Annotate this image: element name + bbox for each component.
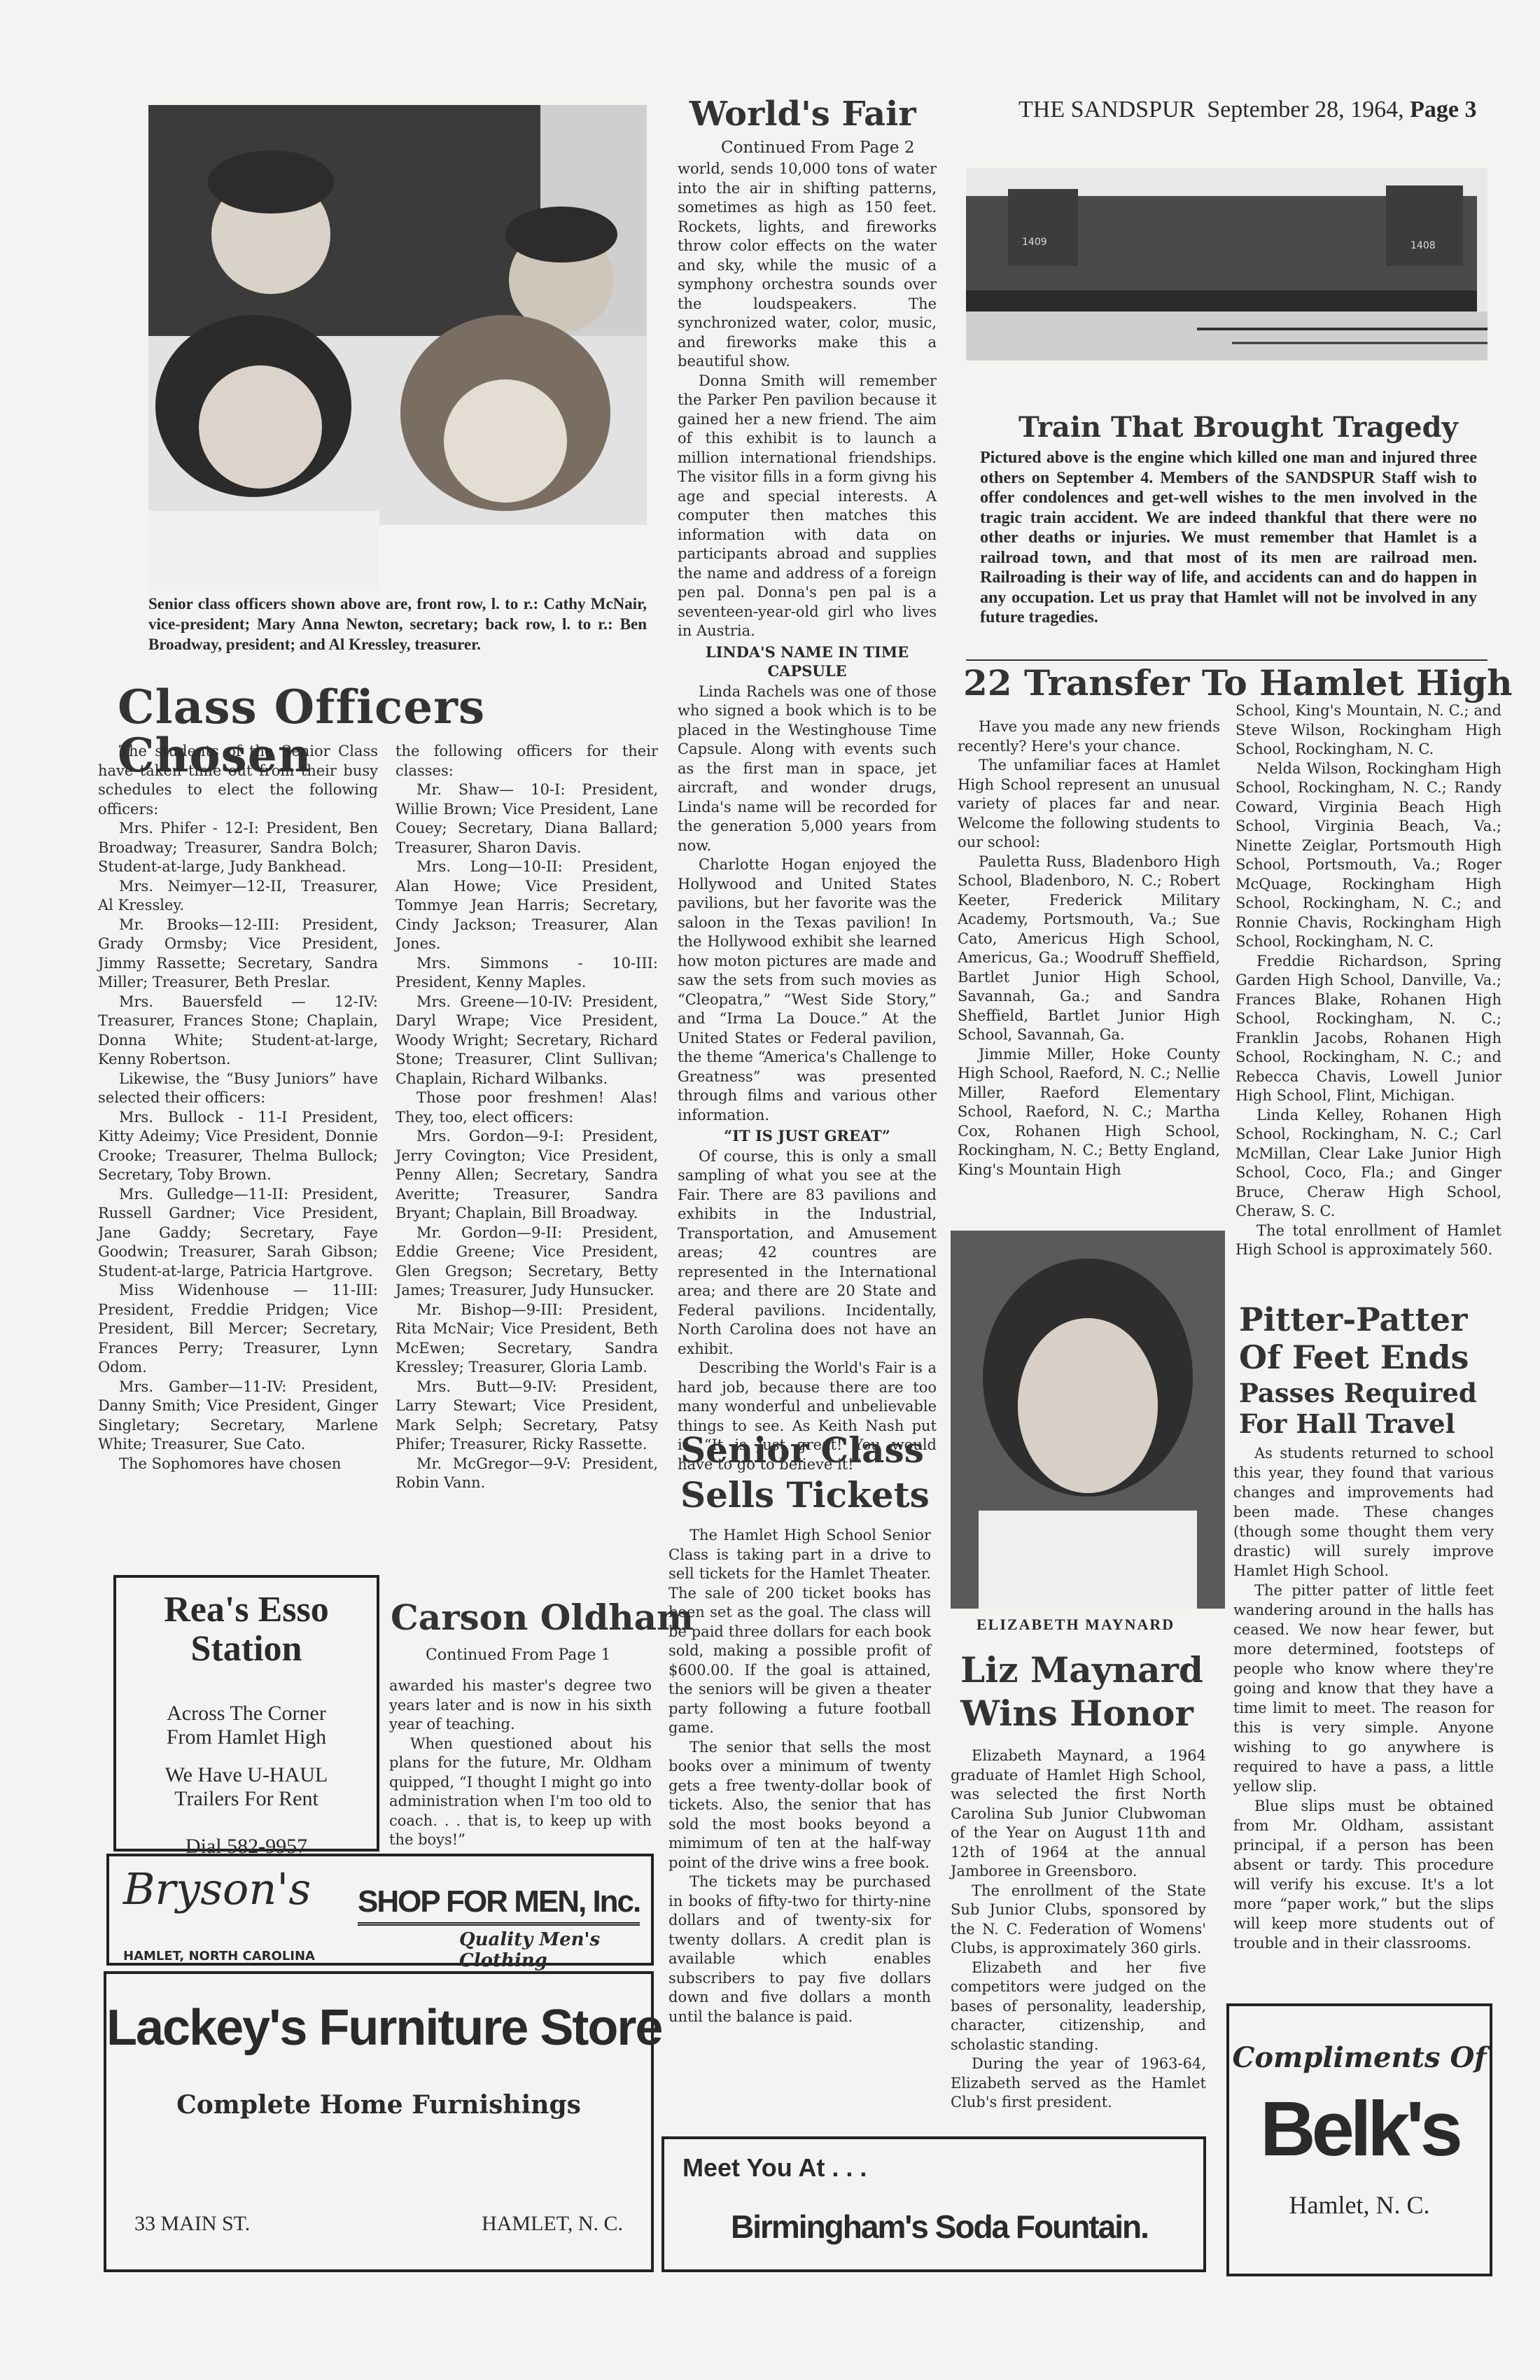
paragraph: Mrs. Greene—10-IV: President, Daryl Wrap…: [395, 993, 658, 1089]
paragraph: As students returned to school this year…: [1233, 1443, 1494, 1581]
engine-number: 1408: [1410, 240, 1436, 251]
paragraph: Have you made any new friends recently? …: [958, 717, 1220, 756]
paragraph: Likewise, the “Busy Juniors” have select…: [98, 1070, 378, 1108]
senior-tickets-body: The Hamlet High School Senior Class is t…: [668, 1526, 931, 2026]
pitter-patter-headline: Pitter-Patter Of Feet Ends: [1239, 1301, 1469, 1376]
train-headline: Train That Brought Tragedy: [1018, 413, 1458, 442]
paragraph: Nelda Wilson, Rockingham High School, Ro…: [1235, 759, 1501, 952]
paragraph: Mrs. Neimyer—12-II, Treasurer, Al Kressl…: [98, 877, 378, 916]
class-officers-photo: [148, 105, 647, 591]
headline-line: Of Feet Ends: [1239, 1338, 1469, 1376]
subhead-just-great: “IT IS JUST GREAT”: [678, 1126, 937, 1146]
lackeys-city: HAMLET, N. C.: [482, 2212, 623, 2236]
worlds-fair-headline: World's Fair: [689, 97, 916, 132]
lackeys-ad: Lackey's Furniture Store Complete Home F…: [104, 1971, 654, 2272]
paragraph: Mr. Gordon—9-II: President, Eddie Greene…: [395, 1224, 658, 1301]
paragraph: The students of the Senior Class have ta…: [98, 742, 378, 819]
paragraph: Mrs. Phifer - 12-I: President, Ben Broad…: [98, 819, 378, 877]
carson-oldham-headline: Carson Oldham: [391, 1599, 694, 1637]
paragraph: Jimmie Miller, Hoke County High School, …: [958, 1045, 1220, 1180]
train-body: Pictured above is the engine which kille…: [980, 448, 1477, 628]
paragraph: When questioned about his plans for the …: [389, 1735, 652, 1850]
pitter-patter-body: As students returned to school this year…: [1233, 1443, 1494, 1953]
divider: [966, 659, 1487, 661]
maynard-body: Elizabeth Maynard, a 1964 graduate of Ha…: [951, 1746, 1206, 2113]
paragraph: Elizabeth Maynard, a 1964 graduate of Ha…: [951, 1746, 1206, 1882]
paragraph: Pauletta Russ, Bladenboro High School, B…: [958, 853, 1220, 1045]
paragraph: the following officers for their classes…: [395, 742, 658, 780]
paragraph: Linda Kelley, Rohanen High School, Rocki…: [1235, 1106, 1501, 1221]
brysons-script-name: Bryson's: [123, 1863, 311, 1914]
ad-line: We Have U-HAUL: [116, 1763, 377, 1787]
paragraph: Elizabeth and her five competitors were …: [951, 1959, 1206, 2055]
ad-title: Rea's Esso: [116, 1589, 377, 1630]
paper-name: THE SANDSPUR: [1018, 97, 1195, 122]
subhead-time-capsule: LINDA'S NAME IN TIME CAPSULE: [678, 643, 937, 681]
headline-line: Pitter-Patter: [1239, 1301, 1469, 1338]
maynard-photo: [951, 1231, 1225, 1609]
maynard-portrait: [951, 1231, 1225, 1609]
paragraph: Mr. Bishop—9-III: President, Rita McNair…: [395, 1301, 658, 1378]
transfer-col1: Have you made any new friends recently? …: [958, 717, 1220, 1179]
paragraph: The total enrollment of Hamlet High Scho…: [1235, 1221, 1501, 1260]
birminghams-line1: Meet You At . . .: [682, 2153, 867, 2183]
paragraph: Mr. Shaw— 10-I: President, Willie Brown;…: [395, 780, 658, 857]
lackeys-name: Lackey's Furniture Store: [106, 1999, 651, 2057]
brysons-tagline: Quality Men's Clothing: [459, 1929, 651, 1971]
page-number: Page 3: [1410, 97, 1476, 122]
paragraph: Mr. McGregor—9-V: President, Robin Vann.: [395, 1455, 658, 1493]
worlds-fair-body: world, sends 10,000 tons of water into t…: [678, 160, 937, 1474]
paragraph: Mrs. Simmons - 10-III: President, Kenny …: [395, 954, 658, 993]
birminghams-ad: Meet You At . . . Birmingham's Soda Foun…: [661, 2136, 1206, 2272]
headline-line: Wins Honor: [960, 1692, 1203, 1735]
paragraph: Linda Rachels was one of those who signe…: [678, 682, 937, 856]
maynard-headline: Liz Maynard Wins Honor: [960, 1648, 1203, 1735]
headline-line: Sells Tickets: [680, 1473, 930, 1518]
paragraph: Of course, this is only a small sampling…: [678, 1147, 937, 1359]
paragraph: The unfamiliar faces at Hamlet High Scho…: [958, 756, 1220, 853]
train-photo: 1409 1408: [966, 168, 1487, 360]
subhead-line: For Hall Travel: [1239, 1408, 1477, 1439]
transfer-col2: School, King's Mountain, N. C.; and Stev…: [1235, 701, 1501, 1260]
lackeys-tagline: Complete Home Furnishings: [106, 2090, 651, 2120]
paragraph: awarded his master's degree two years la…: [389, 1676, 652, 1735]
paragraph: During the year of 1963-64, Elizabeth se…: [951, 2054, 1206, 2113]
paragraph: world, sends 10,000 tons of water into t…: [678, 160, 937, 372]
belks-name: Belk's: [1229, 2084, 1490, 2175]
paragraph: Mrs. Gulledge—11-II: President, Russell …: [98, 1185, 378, 1282]
masthead: THE SANDSPUR September 28, 1964, Page 3: [1018, 97, 1487, 123]
paragraph: Mrs. Bauersfeld — 12-IV: Treasurer, Fran…: [98, 993, 378, 1070]
paragraph: Donna Smith will remember the Parker Pen…: [678, 372, 937, 641]
train-photo-image: 1409 1408: [966, 168, 1487, 360]
class-officers-caption: Senior class officers shown above are, f…: [148, 594, 647, 654]
headline-line: Liz Maynard: [960, 1648, 1203, 1692]
paragraph: Mrs. Butt—9-IV: President, Larry Stewart…: [395, 1378, 658, 1455]
paragraph: The tickets may be purchased in books of…: [668, 1872, 931, 2026]
belks-city: Hamlet, N. C.: [1229, 2190, 1490, 2220]
paragraph: Those poor freshmen! Alas! They, too, el…: [395, 1088, 658, 1127]
carson-oldham-continued: Continued From Page 1: [426, 1646, 610, 1664]
carson-oldham-body: awarded his master's degree two years la…: [389, 1676, 652, 1850]
paragraph: Mr. Brooks—12-III: President, Grady Orms…: [98, 916, 378, 993]
belks-compliments: Compliments Of: [1229, 2041, 1490, 2074]
ad-title: Station: [116, 1630, 377, 1668]
class-officers-col1: The students of the Senior Class have ta…: [98, 742, 378, 1473]
senior-tickets-headline: Senior Class Sells Tickets: [680, 1428, 930, 1518]
maynard-photo-caption: ELIZABETH MAYNARD: [976, 1616, 1175, 1634]
ad-line: Across The Corner: [116, 1702, 377, 1725]
paragraph: The senior that sells the most books ove…: [668, 1738, 931, 1873]
engine-number: 1409: [1022, 237, 1047, 248]
paragraph: Charlotte Hogan enjoyed the Hollywood an…: [678, 855, 937, 1125]
brysons-shop-name: SHOP FOR MEN, Inc.: [358, 1884, 640, 1926]
paragraph: Mrs. Long—10-II: President, Alan Howe; V…: [395, 857, 658, 954]
ad-line: Trailers For Rent: [116, 1787, 377, 1811]
class-officers-col2: the following officers for their classes…: [395, 742, 658, 1493]
birminghams-name: Birmingham's Soda Fountain.: [731, 2208, 1148, 2246]
reas-esso-ad: Rea's Esso Station Across The Corner Fro…: [113, 1575, 379, 1851]
paragraph: The enrollment of the State Sub Junior C…: [951, 1882, 1206, 1959]
paragraph: Mrs. Bullock - 11-I President, Kitty Ade…: [98, 1108, 378, 1185]
belks-ad: Compliments Of Belk's Hamlet, N. C.: [1226, 2003, 1492, 2276]
class-officers-photo-figures: [148, 105, 647, 591]
subhead-line: Passes Required: [1239, 1378, 1477, 1408]
paragraph: Mrs. Gordon—9-I: President, Jerry Coving…: [395, 1127, 658, 1224]
lackeys-address: 33 MAIN ST.: [134, 2212, 250, 2236]
ad-line: From Hamlet High: [116, 1725, 377, 1749]
pitter-patter-subhead: Passes Required For Hall Travel: [1239, 1378, 1477, 1439]
paragraph: Miss Widenhouse — 11-III: President, Fre…: [98, 1281, 378, 1378]
issue-date: September 28, 1964: [1207, 97, 1398, 122]
paragraph: Mrs. Gamber—11-IV: President, Danny Smit…: [98, 1378, 378, 1455]
brysons-ad: Bryson's SHOP FOR MEN, Inc. Quality Men'…: [106, 1854, 654, 1966]
brysons-location: HAMLET, NORTH CAROLINA: [123, 1949, 315, 1963]
transfer-headline: 22 Transfer To Hamlet High: [963, 665, 1513, 702]
headline-line: Senior Class: [680, 1428, 930, 1473]
paragraph: Freddie Richardson, Spring Garden High S…: [1235, 952, 1501, 1106]
paragraph: The Hamlet High School Senior Class is t…: [668, 1526, 931, 1738]
paragraph: The Sophomores have chosen: [98, 1455, 378, 1474]
paragraph: School, King's Mountain, N. C.; and Stev…: [1235, 701, 1501, 759]
paragraph: The pitter patter of little feet wanderi…: [1233, 1581, 1494, 1796]
paragraph: Blue slips must be obtained from Mr. Old…: [1233, 1796, 1494, 1953]
worlds-fair-continued: Continued From Page 2: [721, 139, 914, 157]
